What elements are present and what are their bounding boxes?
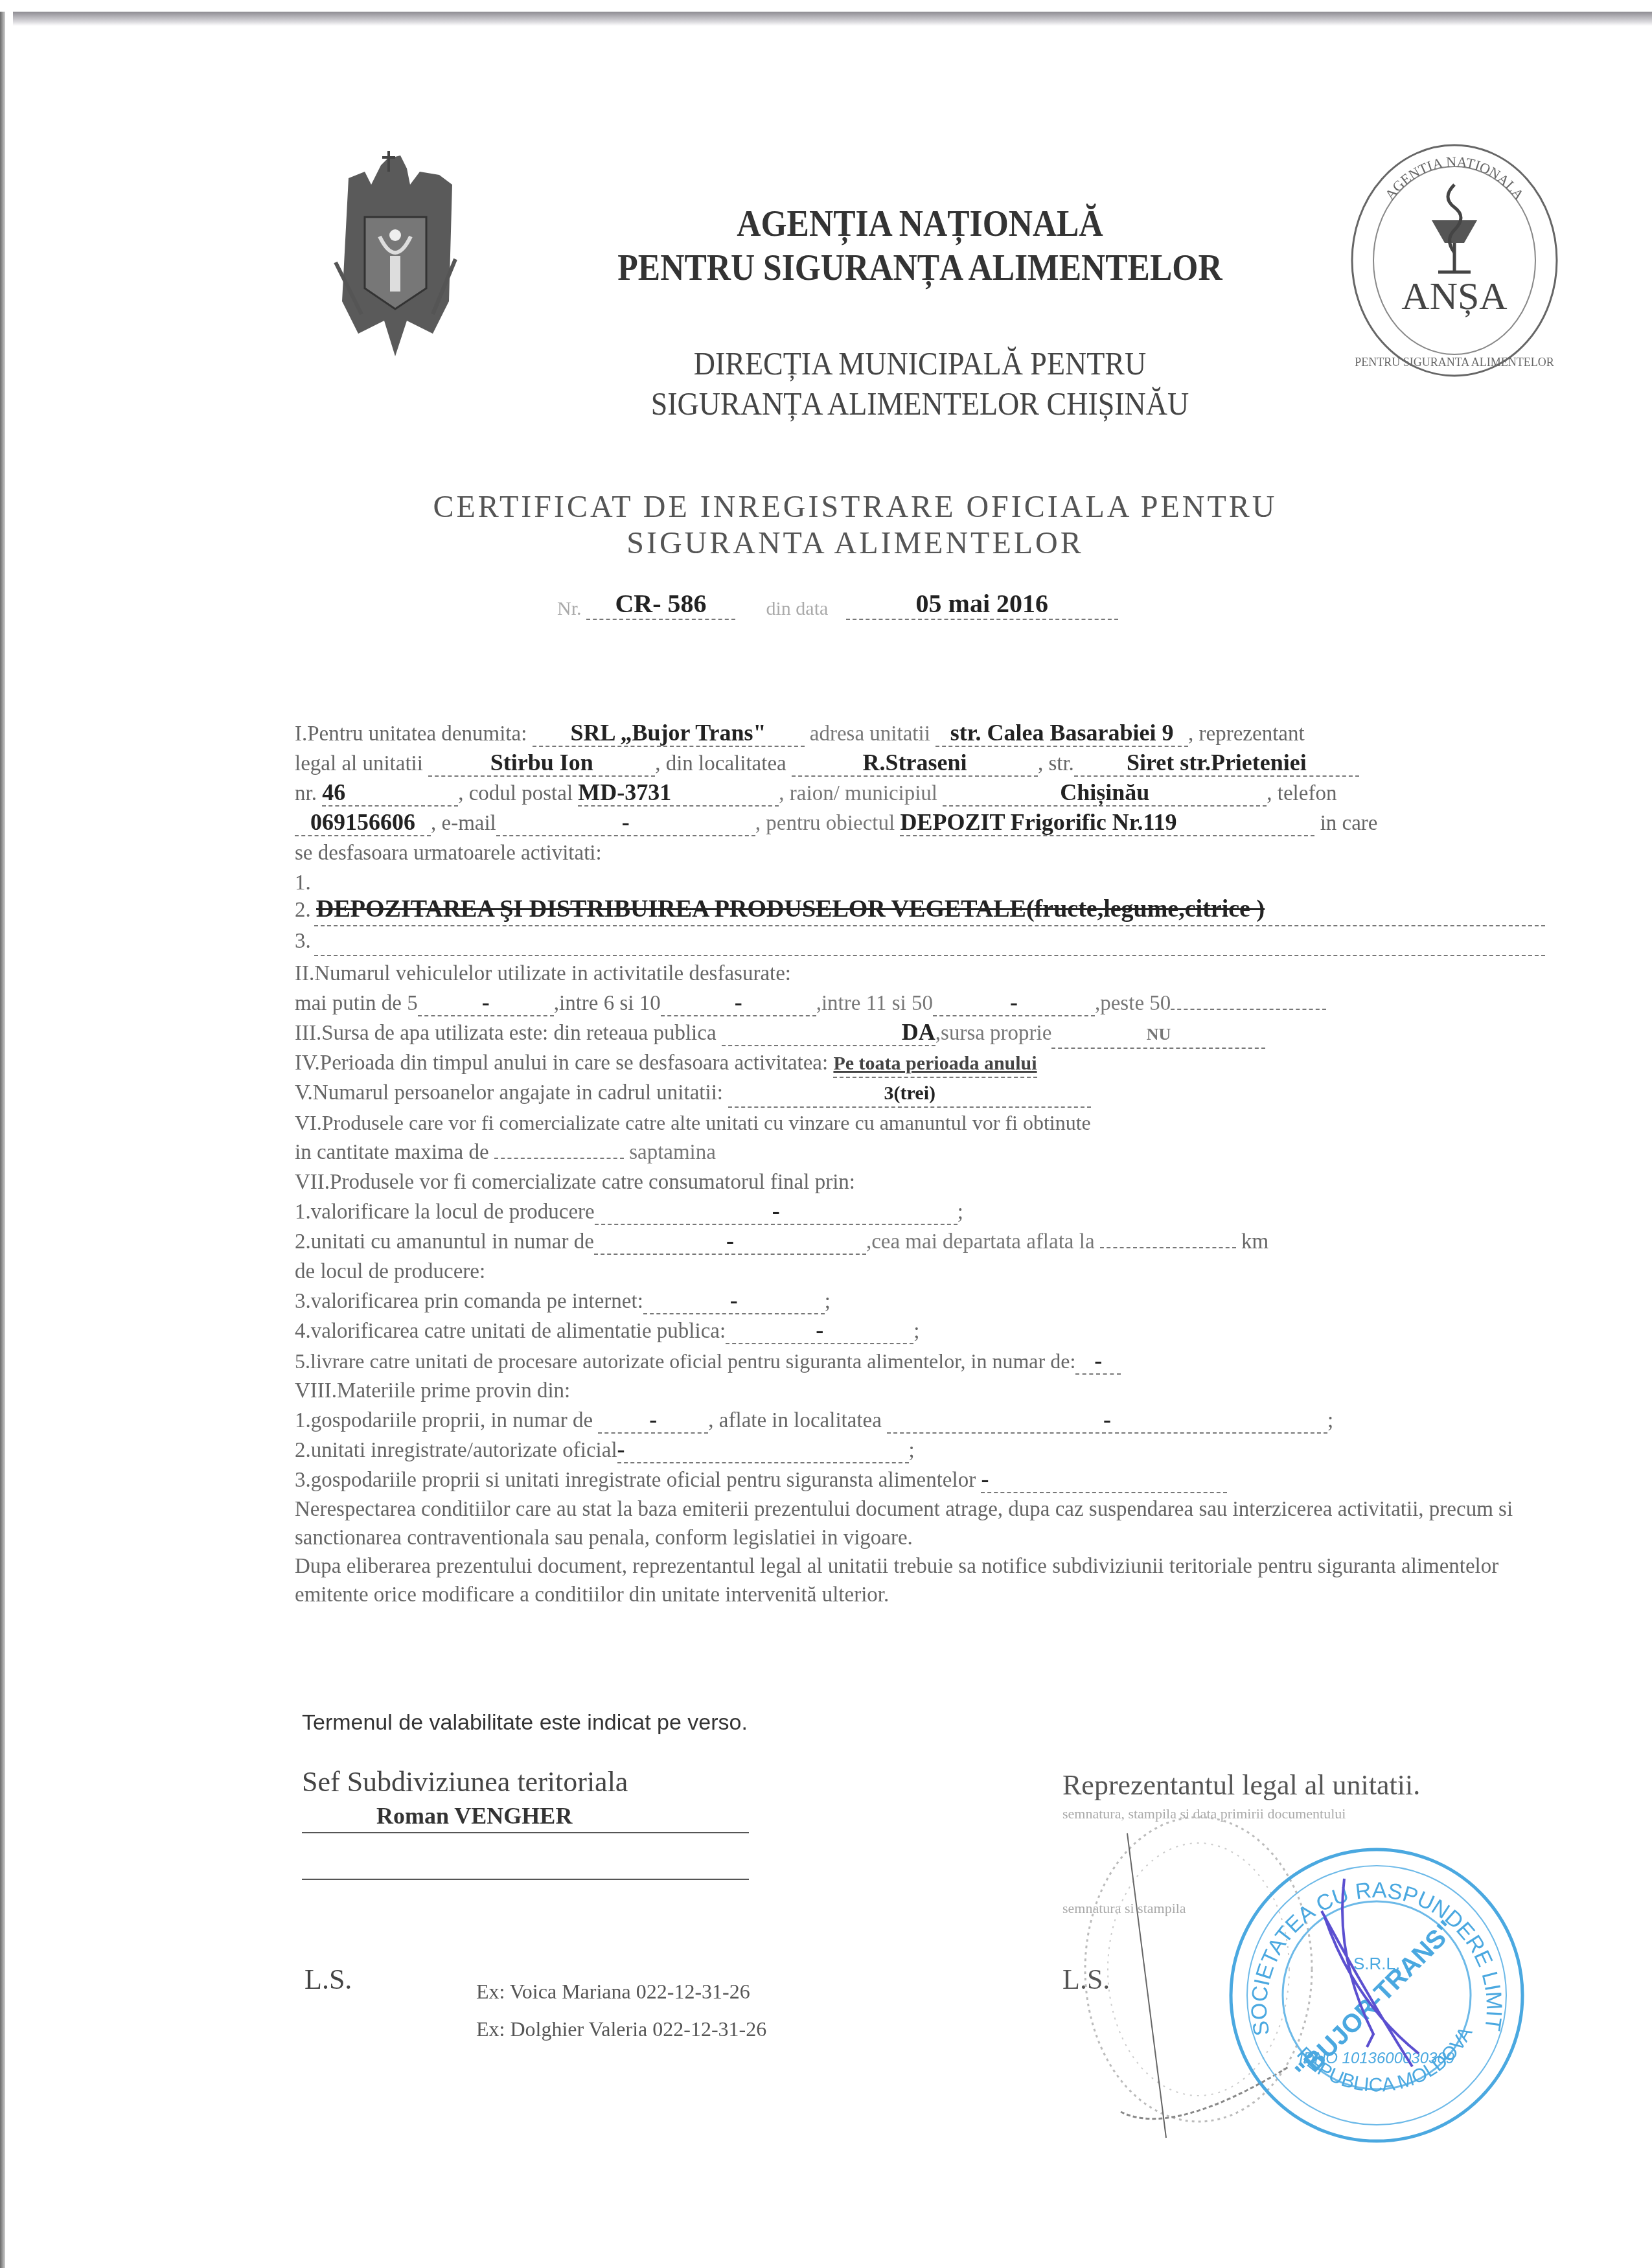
products-qty-line: in cantitate maxima de saptamina <box>295 1138 1545 1167</box>
water-public: DA <box>722 1019 935 1046</box>
item-value: - <box>726 1317 913 1344</box>
locality-label: , aflate in localitatea <box>708 1409 882 1432</box>
final-item-1: 1.valorificare la locul de producere-; <box>295 1197 1545 1227</box>
house-number: 46 <box>322 779 458 807</box>
object-suffix: in care <box>1320 812 1378 835</box>
item-value: - <box>1075 1347 1121 1375</box>
vehicles-11-50: - <box>933 989 1095 1016</box>
distance-label: ,cea mai departata aflata la <box>866 1230 1095 1254</box>
final-item-3: 3.valorificarea prin comanda pe internet… <box>295 1287 1545 1316</box>
item-locality: - <box>887 1406 1327 1434</box>
r6-10-label: ,intre 6 si 10 <box>554 992 661 1015</box>
rep-label-b: legal al unitatii <box>295 752 423 775</box>
unit-label: I.Pentru unitatea denumita: <box>295 722 527 746</box>
nr-label: nr. <box>295 782 317 805</box>
agency-name: AGENȚIA NAȚIONALĂ PENTRU SIGURANȚA ALIME… <box>509 202 1331 290</box>
legal-representative: Stirbu Ion <box>428 750 655 777</box>
agency-line-1: AGENȚIA NAȚIONALĂ <box>509 202 1331 246</box>
activity-number: 1. <box>295 871 311 895</box>
issuer-seal-place: L.S. <box>304 1963 352 1996</box>
vehicles-label: II.Numarul vehiculelor utilizate in acti… <box>295 959 1545 989</box>
vehicles-line: mai putin de 5-,intre 6 si 10-,intre 11 … <box>295 989 1545 1018</box>
distance-unit: km <box>1241 1230 1268 1254</box>
item-label: 1.valorificare la locul de producere <box>295 1200 595 1224</box>
item-label: 3.valorificarea prin comanda pe internet… <box>295 1290 643 1313</box>
agency-line-2: PENTRU SIGURANȚA ALIMENTELOR <box>509 246 1331 290</box>
certificate-title: CERTIFICAT DE INREGISTRARE OFICIALA PENT… <box>324 489 1386 562</box>
unit-address: str. Calea Basarabiei 9 <box>935 720 1188 747</box>
item-value: - <box>594 1228 866 1255</box>
certificate-body: I.Pentru unitatea denumita: SRL „Bujor T… <box>295 719 1545 1609</box>
item-label: 1.gospodariile proprii, in numar de <box>295 1409 593 1432</box>
postal-line: nr. 46, codul postal MD-3731, raion/ mun… <box>295 779 1545 808</box>
validity-note: Termenul de valabilitate este indicat pe… <box>302 1710 748 1735</box>
rep-line: legal al unitatii Stirbu Ion, din locali… <box>295 749 1545 779</box>
activity-period: Pe toata perioada anului <box>833 1051 1037 1078</box>
qty-label: in cantitate maxima de <box>295 1141 489 1164</box>
directorate-line-1: DIRECȚIA MUNICIPALĂ PENTRU <box>509 343 1331 384</box>
final-item-2: 2.unitati cu amanuntul in numar de-,cea … <box>295 1227 1545 1257</box>
period-line: IV.Perioada din timpul anului in care se… <box>295 1048 1545 1078</box>
item-label: 4.valorificarea catre unitati de aliment… <box>295 1320 726 1343</box>
svg-text:PENTRU SIGURANTA ALIMENTELOR: PENTRU SIGURANTA ALIMENTELOR <box>1355 356 1554 369</box>
object-label: , pentru obiectul <box>755 812 895 835</box>
r11-50-label: ,intre 11 si 50 <box>816 992 933 1015</box>
signature-line <box>302 1832 749 1833</box>
water-own: NU <box>1051 1022 1265 1049</box>
email: - <box>496 809 755 836</box>
svg-text:IDNO 1013600030309: IDNO 1013600030309 <box>1299 2050 1454 2067</box>
item-value: - <box>643 1287 825 1314</box>
issuer-name: Roman VENGHER <box>376 1802 755 1829</box>
water-line: III.Sursa de apa utilizata este: din ret… <box>295 1018 1545 1048</box>
item-label: 2.unitati inregistrate/autorizate oficia… <box>295 1439 617 1462</box>
employees-count: 3(trei) <box>728 1081 1091 1108</box>
note-notification: Dupa eliberarea prezentului document, re… <box>295 1552 1545 1609</box>
postal-label: , codul postal <box>458 782 573 805</box>
vehicles-6-10: - <box>661 989 816 1016</box>
executor: Ex: Voica Mariana 022-12-31-26 <box>476 1973 766 2010</box>
activity-2: 2. DEPOZITAREA ŞI DISTRIBUIREA PRODUSELO… <box>295 894 1545 926</box>
activity-3: 3. <box>295 926 1545 959</box>
email-label: , e-mail <box>431 812 496 835</box>
certificate-date: 05 mai 2016 <box>846 588 1118 620</box>
certificate-number: CR- 586 <box>586 588 735 620</box>
directorate-line-2: SIGURANȚA ALIMENTELOR CHIȘINĂU <box>509 384 1331 424</box>
activity-text: DEPOZITAREA ŞI DISTRIBUIREA PRODUSELOR V… <box>316 895 1265 922</box>
scan-edge-top <box>13 12 1652 26</box>
certificate-number-row: Nr. CR- 586 din data 05 mai 2016 <box>557 588 1118 620</box>
item-label: 5.livrare catre unitati de procesare aut… <box>295 1349 1075 1373</box>
item-label: 3.gospodariile proprii si unitati inregi… <box>295 1469 976 1492</box>
raw-materials-label: VIII.Materiile prime provin din: <box>295 1376 1545 1406</box>
qty-unit: saptamina <box>629 1141 716 1164</box>
signature-line <box>302 1879 749 1880</box>
gt50-label: ,peste 50 <box>1095 992 1171 1015</box>
final-item-4: 4.valorificarea catre unitati de aliment… <box>295 1316 1545 1346</box>
final-consumer-label: VII.Produsele vor fi comercializate catr… <box>295 1167 1545 1197</box>
district-label: , raion/ municipiul <box>779 782 937 805</box>
raw-item-1: 1.gospodariile proprii, in numar de -, a… <box>295 1406 1545 1436</box>
employees-line: V.Numarul persoanelor angajate in cadrul… <box>295 1078 1545 1108</box>
item-value: - <box>617 1436 909 1463</box>
employees-label: V.Numarul persoanelor angajate in cadrul… <box>295 1081 723 1105</box>
executors: Ex: Voica Mariana 022-12-31-26 Ex: Dolgh… <box>476 1973 766 2048</box>
unit-name: SRL „Bujor Trans" <box>533 720 805 747</box>
water-label: III.Sursa de apa utilizata este: din ret… <box>295 1022 717 1045</box>
activity-number: 2. <box>295 899 311 922</box>
note-noncompliance: Nerespectarea conditiilor care au stat l… <box>295 1495 1545 1552</box>
vehicles-gt50 <box>1171 1009 1326 1010</box>
lt5-label: mai putin de 5 <box>295 992 418 1015</box>
final-item-2-tail: de locul de producere: <box>295 1257 1545 1287</box>
item-label: 2.unitati cu amanuntul in numar de <box>295 1230 594 1254</box>
directorate-name: DIRECȚIA MUNICIPALĂ PENTRU SIGURANȚA ALI… <box>509 343 1331 424</box>
locality: R.Straseni <box>792 750 1038 777</box>
max-quantity <box>494 1158 624 1159</box>
issuer-title: Sef Subdiviziunea teritoriala <box>302 1765 755 1798</box>
contact-line: 069156606, e-mail-, pentru obiectul DEPO… <box>295 808 1545 838</box>
rep-label: , reprezentant <box>1188 722 1305 746</box>
water-own-label: ,sursa proprie <box>935 1022 1052 1045</box>
district: Chișinău <box>943 779 1267 807</box>
certificate-title-line-1: CERTIFICAT DE INREGISTRARE OFICIALA PENT… <box>324 489 1386 525</box>
number-label: Nr. <box>557 598 582 619</box>
item-value: - <box>595 1198 958 1225</box>
address-label: adresa unitatii <box>810 722 930 746</box>
vehicles-lt5: - <box>418 989 554 1016</box>
scan-edge-left <box>0 12 5 2268</box>
date-label: din data <box>766 598 829 619</box>
raw-item-3: 3.gospodariile proprii si unitati inregi… <box>295 1465 1545 1495</box>
street: Siret str.Prieteniei <box>1074 750 1359 777</box>
phone-label: , telefon <box>1267 782 1337 805</box>
street-label: , str. <box>1038 752 1074 775</box>
phone: 069156606 <box>295 809 431 836</box>
activity-1: 1. <box>295 868 1545 894</box>
representative-title: Reprezentantul legal al unitatii. <box>1062 1769 1568 1802</box>
item-value: - <box>981 1466 1227 1493</box>
products-label: VI.Produsele care vor fi comercializate … <box>295 1108 1545 1138</box>
distance-value <box>1100 1247 1236 1248</box>
moldova-coat-of-arms-icon <box>310 139 481 360</box>
object-name: DEPOZIT Frigorific Nr.119 <box>900 809 1314 836</box>
certificate-title-line-2: SIGURANTA ALIMENTELOR <box>324 525 1386 562</box>
final-item-5: 5.livrare catre unitati de procesare aut… <box>295 1346 1545 1376</box>
ansa-seal-icon: ANȘA AGENTIA NATIONALA PENTRU SIGURANTA … <box>1348 139 1561 382</box>
seal-monogram: ANȘA <box>1401 275 1507 317</box>
company-stamp-icon: SOCIETATEA CU RASPUNDERE LIMITATA REPUBL… <box>1224 1840 1529 2151</box>
locality-label: , din localitatea <box>655 752 786 775</box>
issuer-signature-block: Sef Subdiviziunea teritoriala Roman VENG… <box>302 1765 755 1880</box>
item-value: - <box>598 1406 708 1434</box>
unit-line: I.Pentru unitatea denumita: SRL „Bujor T… <box>295 719 1545 749</box>
postal-code: MD-3731 <box>578 779 779 807</box>
period-label: IV.Perioada din timpul anului in care se… <box>295 1051 828 1075</box>
activity-number: 3. <box>295 930 311 953</box>
executor: Ex: Dolghier Valeria 022-12-31-26 <box>476 2010 766 2048</box>
raw-item-2: 2.unitati inregistrate/autorizate oficia… <box>295 1436 1545 1465</box>
activities-label: se desfasoara urmatoarele activitati: <box>295 838 1545 868</box>
